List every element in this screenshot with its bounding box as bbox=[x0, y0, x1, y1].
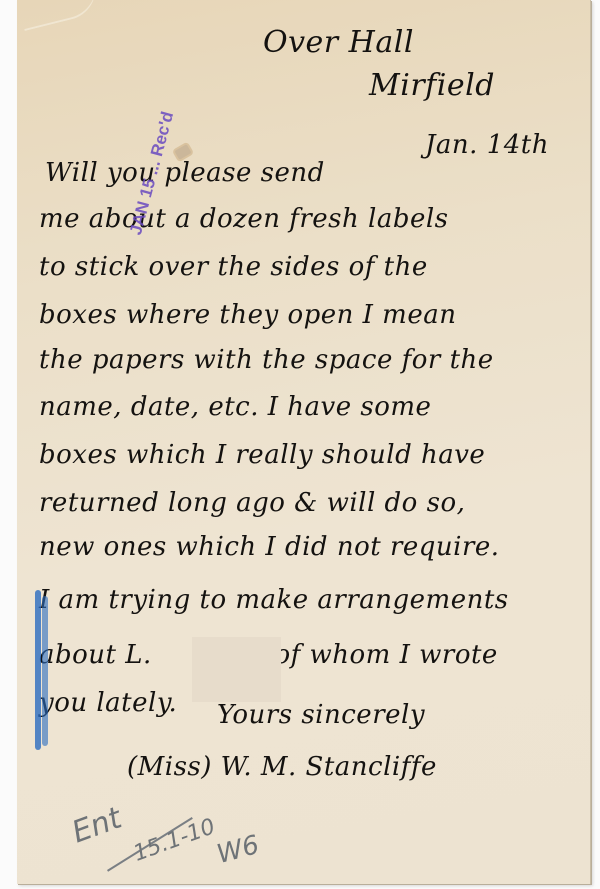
body-line-4: boxes where they open I mean bbox=[39, 300, 456, 330]
pencil-annotation-code: W6 bbox=[214, 830, 263, 870]
signature: (Miss) W. M. Stancliffe bbox=[127, 752, 437, 782]
body-line-7: boxes which I really should have bbox=[39, 440, 485, 470]
pencil-annotation-ent: Ent bbox=[68, 801, 127, 851]
body-line-10: I am trying to make arrangements bbox=[39, 585, 509, 615]
body-line-8: returned long ago & will do so, bbox=[39, 488, 465, 518]
body-line-5: the papers with the space for the bbox=[39, 345, 494, 375]
body-line-2: me about a dozen fresh labels bbox=[39, 204, 449, 234]
body-line-6: name, date, etc. I have some bbox=[39, 392, 431, 422]
address-line-2: Mirfield bbox=[369, 68, 495, 103]
letter-card: Over Hall Mirfield Jan. 14th Will you pl… bbox=[17, 0, 591, 884]
letter-date: Jan. 14th bbox=[425, 130, 549, 160]
body-line-12: you lately. bbox=[39, 688, 177, 718]
redaction-box bbox=[192, 637, 281, 702]
blue-margin-mark-2 bbox=[42, 596, 48, 746]
body-line-9: new ones which I did not require. bbox=[39, 532, 500, 562]
address-line-1: Over Hall bbox=[263, 25, 414, 60]
blue-margin-mark bbox=[35, 590, 41, 750]
pencil-annotation-date: 15.1-10 bbox=[130, 814, 218, 867]
corner-crease bbox=[17, 0, 102, 31]
closing: Yours sincerely bbox=[217, 700, 425, 730]
body-line-1: Will you please send bbox=[45, 158, 325, 188]
body-line-3: to stick over the sides of the bbox=[39, 252, 428, 282]
